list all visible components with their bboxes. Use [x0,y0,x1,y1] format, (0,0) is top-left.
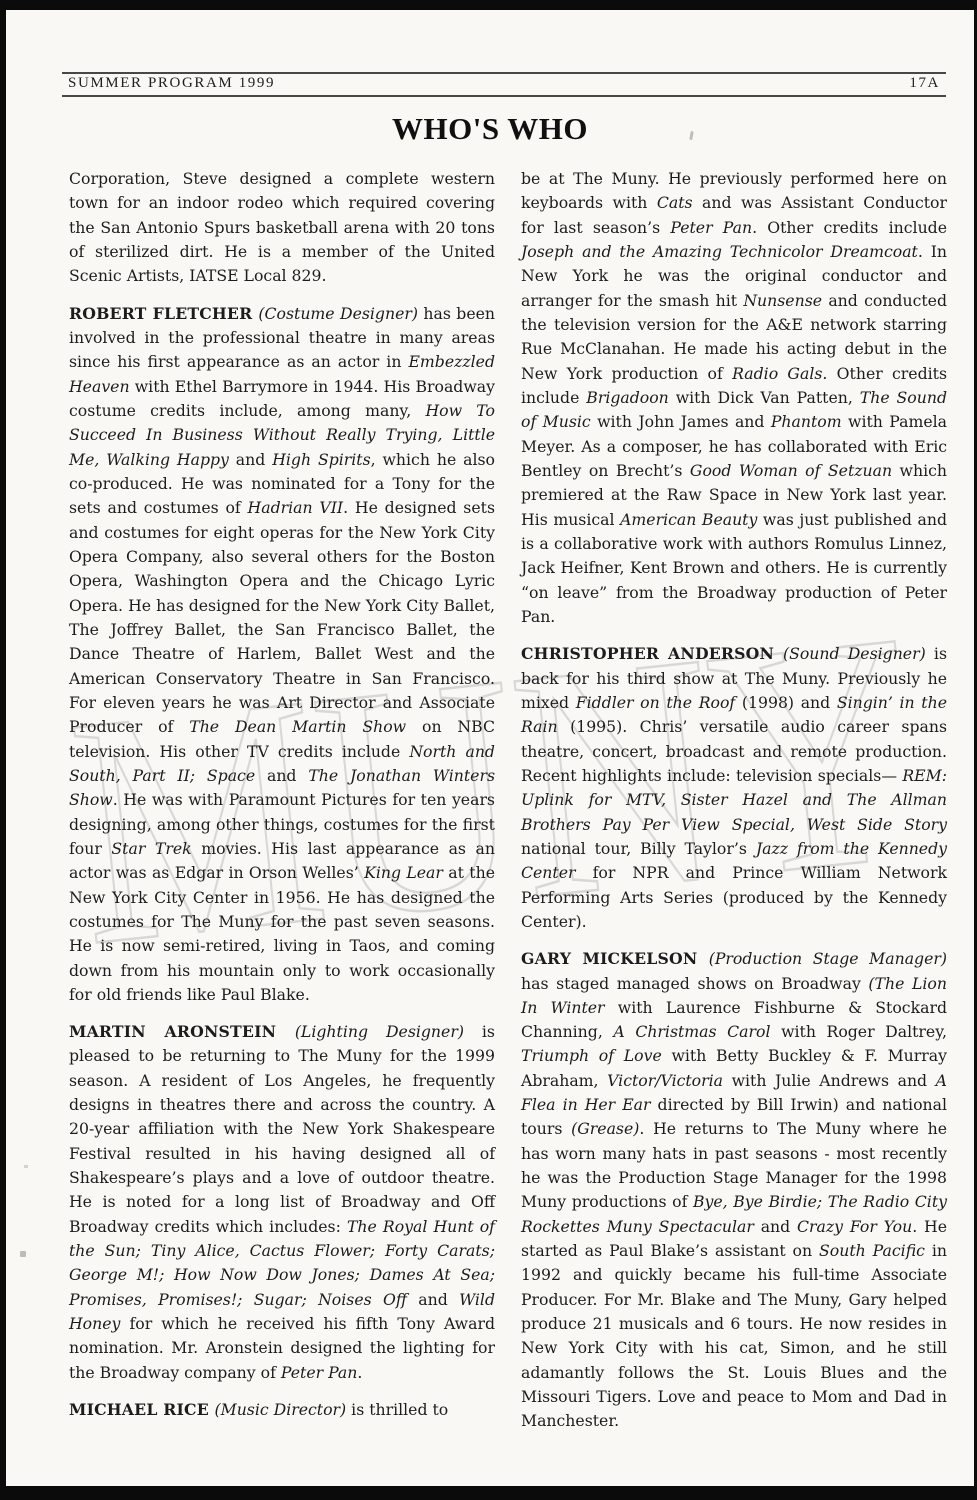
body-text: and [255,766,308,785]
person-name: MICHAEL RICE [69,1400,215,1419]
work-title-italic: (Music Director) [215,1400,347,1419]
work-title-italic: Triumph of Love [521,1046,662,1065]
page-header: SUMMER PROGRAM 1999 17A [62,72,946,97]
body-text: (1995). Chris’ versatile audio career sp… [521,717,947,785]
work-title-italic: Crazy For You [797,1217,912,1236]
body-text: with Dick Van Patten, [669,388,860,407]
work-title-italic: Hadrian VII [248,498,344,517]
program-page: MUNY SUMMER PROGRAM 1999 17A WHO'S WHO C… [0,0,977,1500]
work-title-italic: (Costume Designer) [258,304,418,323]
bio-paragraph: GARY MICKELSON (Production Stage Manager… [521,947,947,1434]
body-text: has staged managed shows on Broadway [521,974,868,993]
person-name: ROBERT FLETCHER [69,304,258,323]
work-title-italic: Fiddler on the Roof [576,693,736,712]
bio-paragraph: Corporation, Steve designed a complete w… [69,167,495,289]
work-title-italic: High Spirits [272,450,370,469]
body-text: with John James and [591,412,771,431]
work-title-italic: Joseph and the Amazing Technicolor Dream… [521,242,918,261]
work-title-italic: (Lighting Designer) [295,1022,464,1041]
body-text: . Other credits include [752,218,947,237]
scan-speck [24,1165,28,1168]
person-name: MARTIN ARONSTEIN [69,1022,295,1041]
bio-paragraph: MICHAEL RICE (Music Director) is thrille… [69,1398,495,1422]
work-title-italic: Peter Pan [281,1363,358,1382]
work-title-italic: Good Woman of Setzuan [690,461,892,480]
work-title-italic: Cats [657,193,693,212]
work-title-italic: A Christmas Carol [613,1022,770,1041]
bio-paragraph: CHRISTOPHER ANDERSON (Sound Designer) is… [521,642,947,934]
body-text: Corporation, Steve designed a complete w… [69,169,495,285]
body-text: national tour, Billy Taylor’s [521,839,756,858]
body-text: with Julie Andrews and [723,1071,936,1090]
work-title-italic: King Lear [364,863,443,882]
body-text: (1998) and [735,693,837,712]
person-name: GARY MICKELSON [521,949,709,968]
work-title-italic: (Grease) [571,1119,639,1138]
work-title-italic: Victor/Victoria [607,1071,723,1090]
work-title-italic: Brigadoon [586,388,668,407]
bio-paragraph: ROBERT FLETCHER (Costume Designer) has b… [69,302,495,1008]
work-title-italic: Peter Pan [670,218,752,237]
body-text: and [229,450,272,469]
body-text: . [357,1363,362,1382]
bio-paragraph: MARTIN ARONSTEIN (Lighting Designer) is … [69,1020,495,1385]
bio-paragraph: be at The Muny. He previously performed … [521,167,947,629]
body-text: is thrilled to [346,1400,448,1419]
body-text: is pleased to be returning to The Muny f… [69,1022,495,1236]
header-publication-label: SUMMER PROGRAM 1999 [68,75,275,92]
body-text: for NPR and Prince William Network Perfo… [521,863,947,931]
work-title-italic: Radio Gals [732,364,822,383]
person-name: CHRISTOPHER ANDERSON [521,644,783,663]
work-title-italic: (Sound Designer) [783,644,926,663]
page-title: WHO'S WHO [6,111,974,147]
work-title-italic: Phantom [771,412,842,431]
work-title-italic: The Dean Martin Show [189,717,406,736]
work-title-italic: (Production Stage Manager) [709,949,947,968]
body-text: at the New York City Center in 1956. He … [69,863,495,1004]
column-left: Corporation, Steve designed a complete w… [69,167,495,1447]
body-text: and [754,1217,797,1236]
body-text: in 1992 and quickly became his full-time… [521,1241,947,1430]
body-text: with Roger Daltrey, [770,1022,947,1041]
scan-speck [20,1251,26,1257]
work-title-italic: American Beauty [620,510,757,529]
column-right: be at The Muny. He previously performed … [521,167,947,1447]
work-title-italic: Nunsense [743,291,822,310]
work-title-italic: South Pacific [819,1241,925,1260]
work-title-italic: Star Trek [111,839,191,858]
body-text: . He designed sets and costumes for eigh… [69,498,495,736]
two-column-layout: Corporation, Steve designed a complete w… [69,167,947,1447]
header-page-number: 17A [909,75,940,92]
body-text: and [407,1290,459,1309]
